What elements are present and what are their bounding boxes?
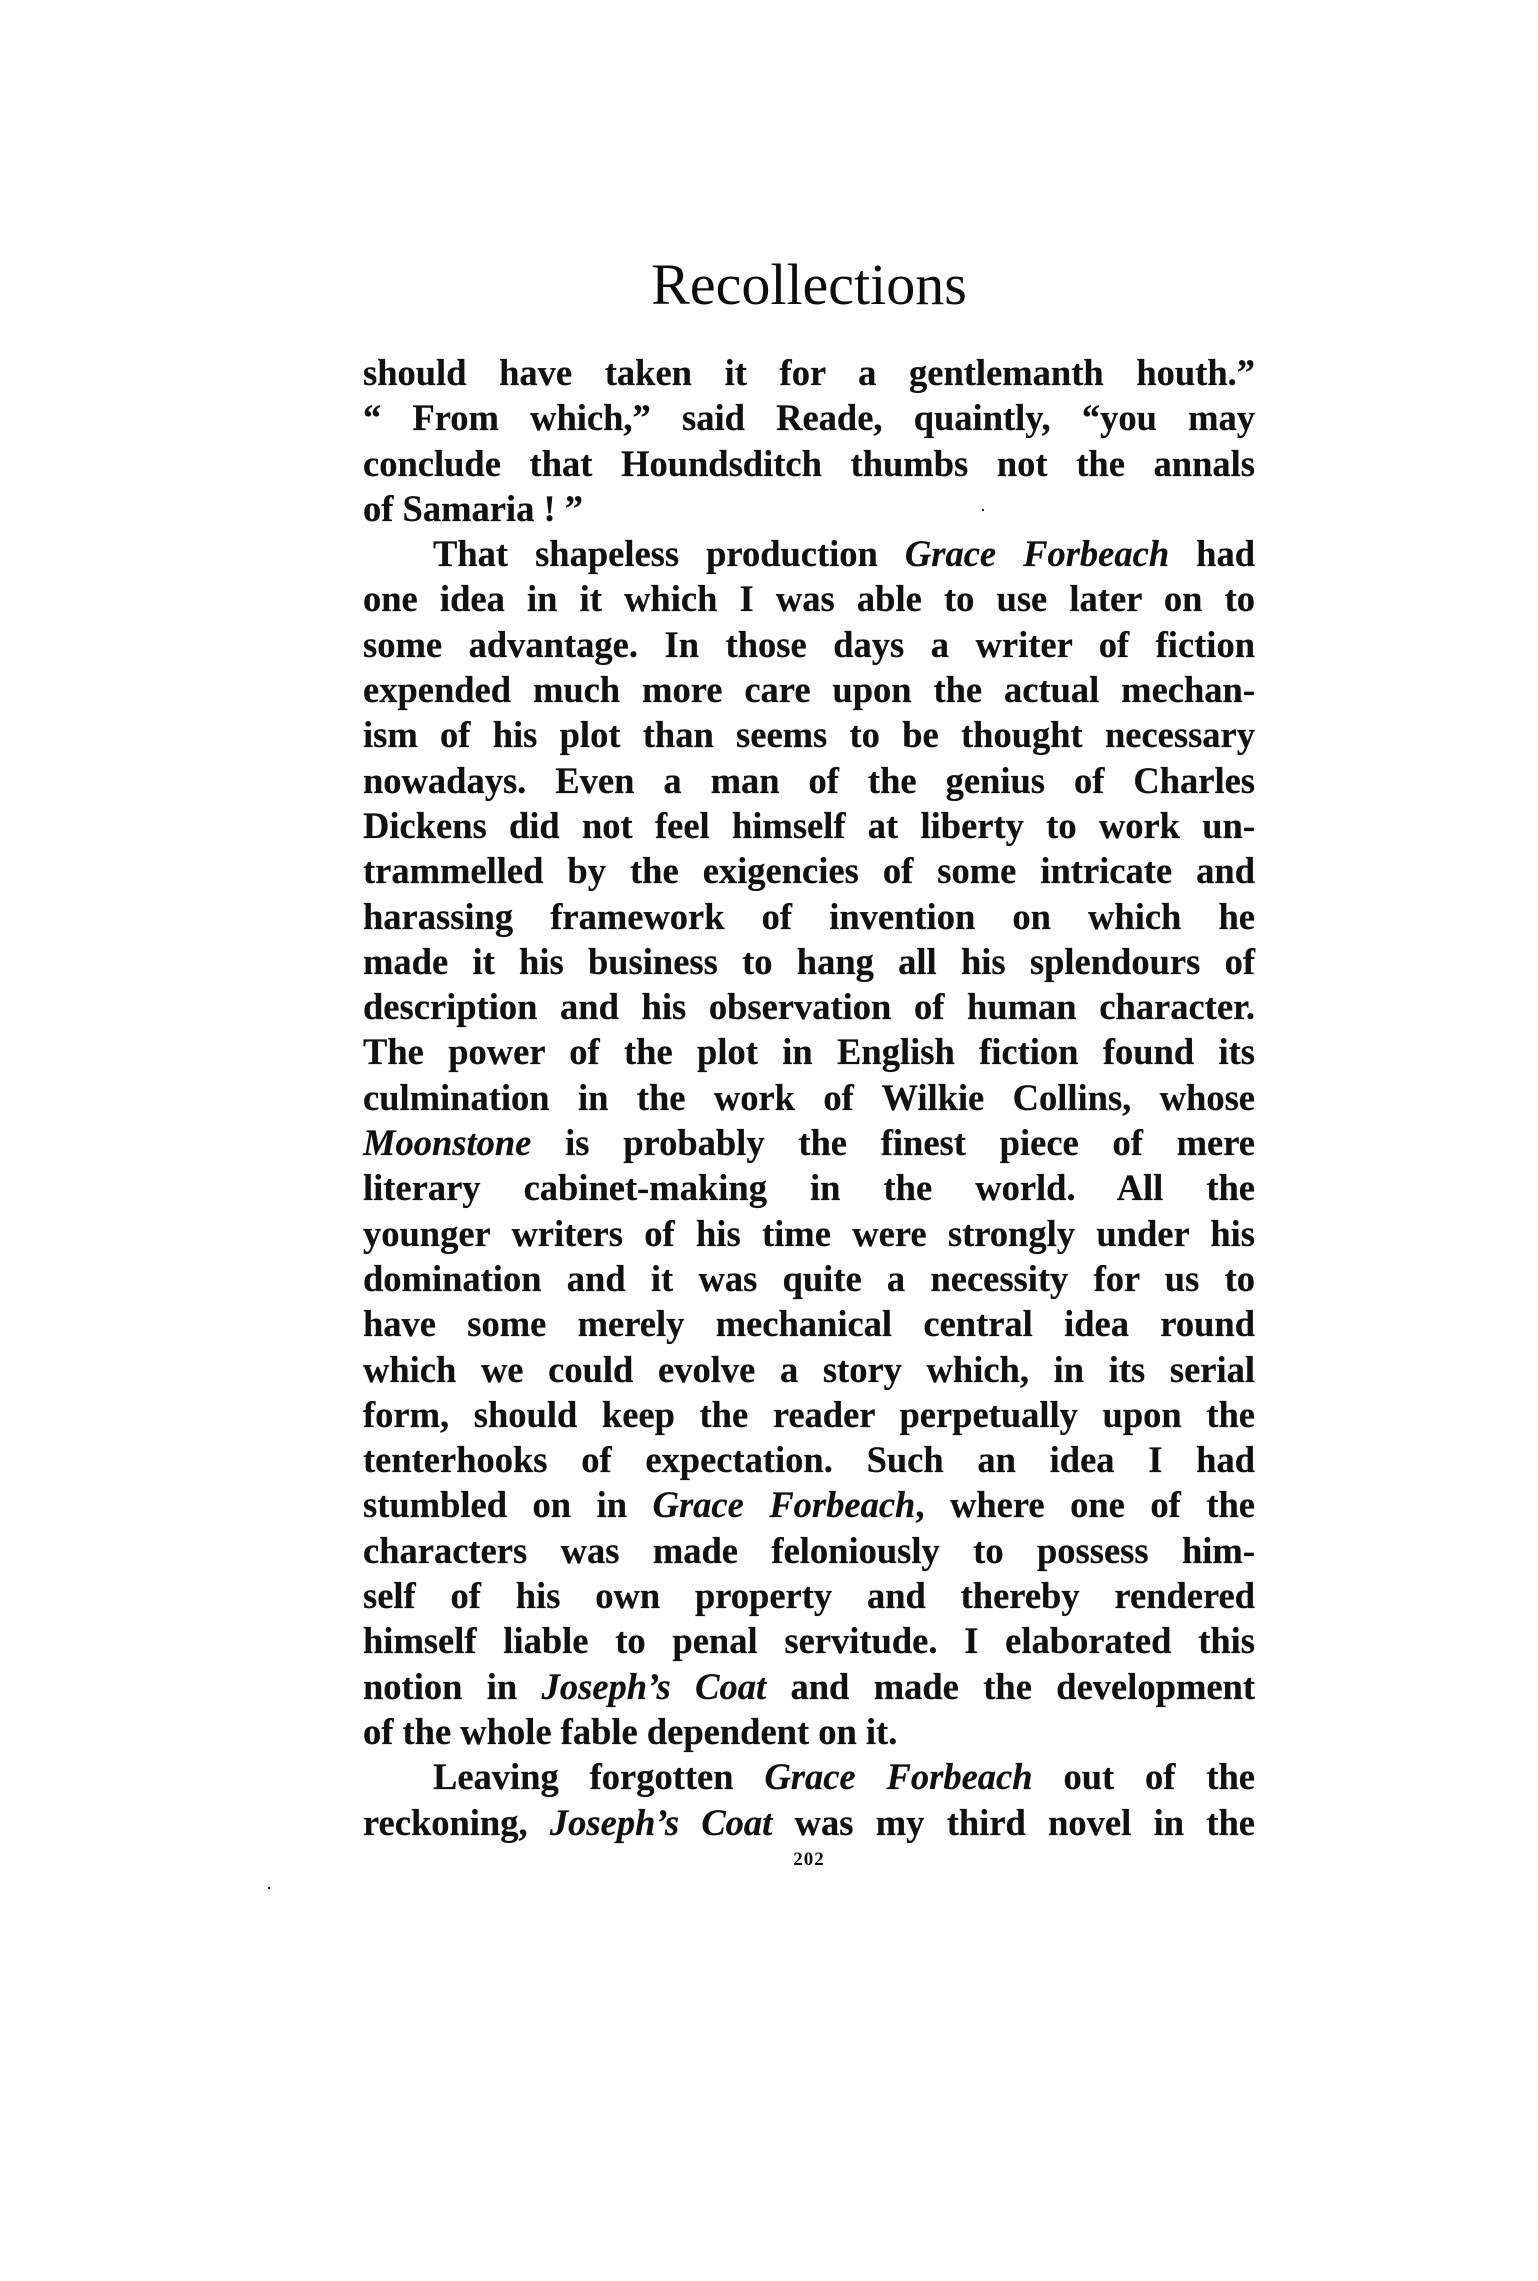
text-run: harassing framework of invention on whic… [363, 896, 1255, 937]
text-line: self of his own property and thereby ren… [363, 1573, 1255, 1618]
text-line: some advantage. In those days a writer o… [363, 622, 1255, 667]
text-run: tenterhooks of expectation. Such an idea… [363, 1439, 1255, 1480]
text-line: reckoning, Joseph’s Coat was my third no… [363, 1800, 1255, 1845]
text-line: nowadays. Even a man of the genius of Ch… [363, 758, 1255, 803]
text-run: ism of his plot than seems to be thought… [363, 714, 1255, 755]
italic-title: Joseph’s Coat [542, 1666, 766, 1707]
text-line: Dickens did not feel himself at liberty … [363, 803, 1255, 848]
scan-speck [982, 509, 984, 511]
italic-title: Grace Forbeach [764, 1756, 1032, 1797]
italic-title: Moonstone [363, 1122, 531, 1163]
text-line: expended much more care upon the actual … [363, 667, 1255, 712]
text-line: conclude that Houndsditch thumbs not the… [363, 441, 1255, 486]
text-line: made it his business to hang all his spl… [363, 939, 1255, 984]
text-run: form, should keep the reader perpetually… [363, 1394, 1255, 1435]
text-run: himself liable to penal servitude. I ela… [363, 1620, 1255, 1661]
book-page: Recollections should have taken it for a… [0, 0, 1538, 2281]
text-run: characters was made feloniously to posse… [363, 1530, 1255, 1571]
text-line: domination and it was quite a necessity … [363, 1256, 1255, 1301]
text-line: description and his observation of human… [363, 984, 1255, 1029]
text-run: trammelled by the exigencies of some int… [363, 850, 1255, 891]
italic-title: Joseph’s Coat [550, 1802, 772, 1843]
text-run: culmination in the work of Wilkie Collin… [363, 1077, 1255, 1118]
text-line: characters was made feloniously to posse… [363, 1528, 1255, 1573]
text-run: expended much more care upon the actual … [363, 669, 1255, 710]
text-run: The power of the plot in English fiction… [363, 1031, 1255, 1072]
text-run: have some merely mechanical central idea… [363, 1303, 1255, 1344]
text-run: made it his business to hang all his spl… [363, 941, 1255, 982]
text-run: and made the development [766, 1666, 1255, 1707]
text-line: literary cabinet-making in the world. Al… [363, 1165, 1255, 1210]
text-run: one idea in it which I was able to use l… [363, 578, 1255, 619]
text-line: have some merely mechanical central idea… [363, 1301, 1255, 1346]
text-line: The power of the plot in English fiction… [363, 1029, 1255, 1074]
text-run: had [1169, 533, 1255, 574]
body-text: should have taken it for a gentlemanth h… [363, 350, 1255, 1845]
text-line: himself liable to penal servitude. I ela… [363, 1618, 1255, 1663]
text-run: self of his own property and thereby ren… [363, 1575, 1255, 1616]
text-run: younger writers of his time were strongl… [363, 1213, 1255, 1254]
text-run: of the whole fable dependent on it. [363, 1711, 897, 1752]
text-run: , where one of the [915, 1484, 1255, 1525]
text-line: Moonstone is probably the finest piece o… [363, 1120, 1255, 1165]
text-run: of Samaria ! ” [363, 488, 583, 529]
text-line: form, should keep the reader perpetually… [363, 1392, 1255, 1437]
text-run: reckoning, [363, 1802, 550, 1843]
text-line: notion in Joseph’s Coat and made the dev… [363, 1664, 1255, 1709]
text-line: should have taken it for a gentlemanth h… [363, 350, 1255, 395]
text-run: conclude that Houndsditch thumbs not the… [363, 443, 1255, 484]
text-line: one idea in it which I was able to use l… [363, 576, 1255, 621]
text-line: “ From which,” said Reade, quaintly, “yo… [363, 395, 1255, 440]
text-run: notion in [363, 1666, 542, 1707]
text-run: That shapeless production [433, 533, 905, 574]
text-line: of the whole fable dependent on it. [363, 1709, 1255, 1754]
text-run: “ From which,” said Reade, quaintly, “yo… [363, 397, 1255, 438]
text-run: literary cabinet-making in the world. Al… [363, 1167, 1255, 1208]
text-run: should have taken it for a gentlemanth h… [363, 352, 1255, 393]
italic-title: Grace Forbeach [905, 533, 1169, 574]
text-line: which we could evolve a story which, in … [363, 1347, 1255, 1392]
text-run: which we could evolve a story which, in … [363, 1349, 1255, 1390]
text-run: Leaving forgotten [433, 1756, 764, 1797]
text-line: stumbled on in Grace Forbeach, where one… [363, 1482, 1255, 1527]
text-run: out of the [1033, 1756, 1255, 1797]
text-run: was my third novel in the [772, 1802, 1255, 1843]
text-run: is probably the finest piece of mere [531, 1122, 1255, 1163]
text-line: culmination in the work of Wilkie Collin… [363, 1075, 1255, 1120]
text-run: some advantage. In those days a writer o… [363, 624, 1255, 665]
text-run: description and his observation of human… [363, 986, 1255, 1027]
text-line: younger writers of his time were strongl… [363, 1211, 1255, 1256]
text-line: Leaving forgotten Grace Forbeach out of … [363, 1754, 1255, 1799]
scan-speck [268, 1887, 270, 1889]
text-line: tenterhooks of expectation. Such an idea… [363, 1437, 1255, 1482]
italic-title: Grace Forbeach [653, 1484, 916, 1525]
text-run: Dickens did not feel himself at liberty … [363, 805, 1255, 846]
text-run: domination and it was quite a necessity … [363, 1258, 1255, 1299]
text-line: ism of his plot than seems to be thought… [363, 712, 1255, 757]
text-line: trammelled by the exigencies of some int… [363, 848, 1255, 893]
text-run: stumbled on in [363, 1484, 653, 1525]
text-line: of Samaria ! ” [363, 486, 1255, 531]
text-line: harassing framework of invention on whic… [363, 894, 1255, 939]
text-run: nowadays. Even a man of the genius of Ch… [363, 760, 1255, 801]
page-number: 202 [363, 1848, 1255, 1872]
text-line: That shapeless production Grace Forbeach… [363, 531, 1255, 576]
running-head: Recollections [363, 250, 1255, 320]
